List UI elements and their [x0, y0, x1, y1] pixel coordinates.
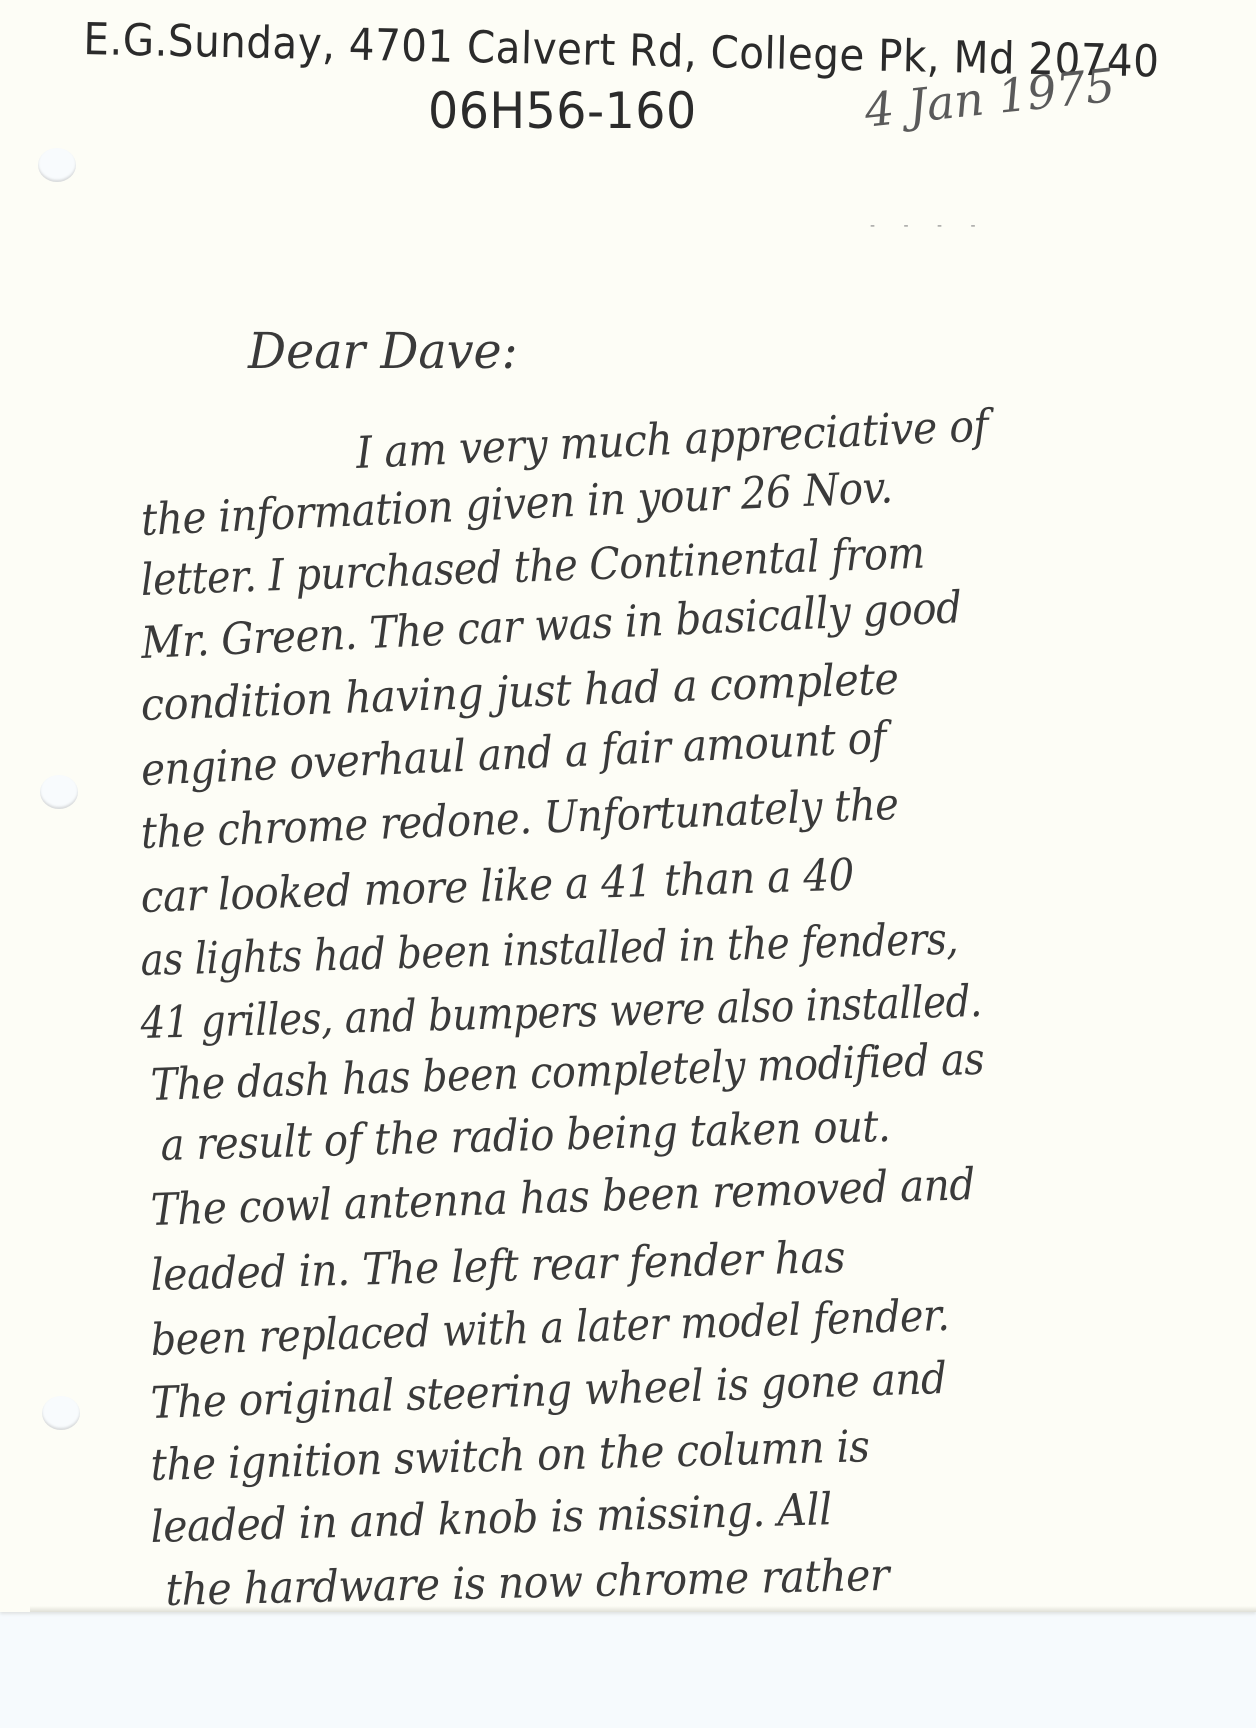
- letter-line: as lights had been installed in the fend…: [140, 914, 959, 986]
- salutation: Dear Dave:: [248, 322, 518, 380]
- paper-edge: [30, 1606, 1256, 1612]
- letter-line: been replaced with a later model fender.: [150, 1290, 950, 1366]
- paper-sheet: E.G.Sunday, 4701 Calvert Rd, College Pk,…: [0, 0, 1256, 1612]
- letter-line: car looked more like a 41 than a 40: [140, 850, 855, 923]
- letter-line: I am very much appreciative of: [355, 400, 989, 479]
- letter-line: The cowl antenna has been removed and: [150, 1159, 976, 1236]
- letter-body: Dear Dave: I am very much appreciative o…: [0, 0, 1256, 1612]
- letter-line: leaded in. The left rear fender has: [150, 1232, 846, 1301]
- letter-line: the ignition switch on the column is: [150, 1421, 870, 1491]
- letter-line: leaded in and knob is missing. All: [150, 1484, 832, 1553]
- scanned-letter: E.G.Sunday, 4701 Calvert Rd, College Pk,…: [0, 0, 1256, 1728]
- letter-line: The original steering wheel is gone and: [150, 1353, 947, 1429]
- letter-line: a result of the radio being taken out.: [160, 1101, 891, 1171]
